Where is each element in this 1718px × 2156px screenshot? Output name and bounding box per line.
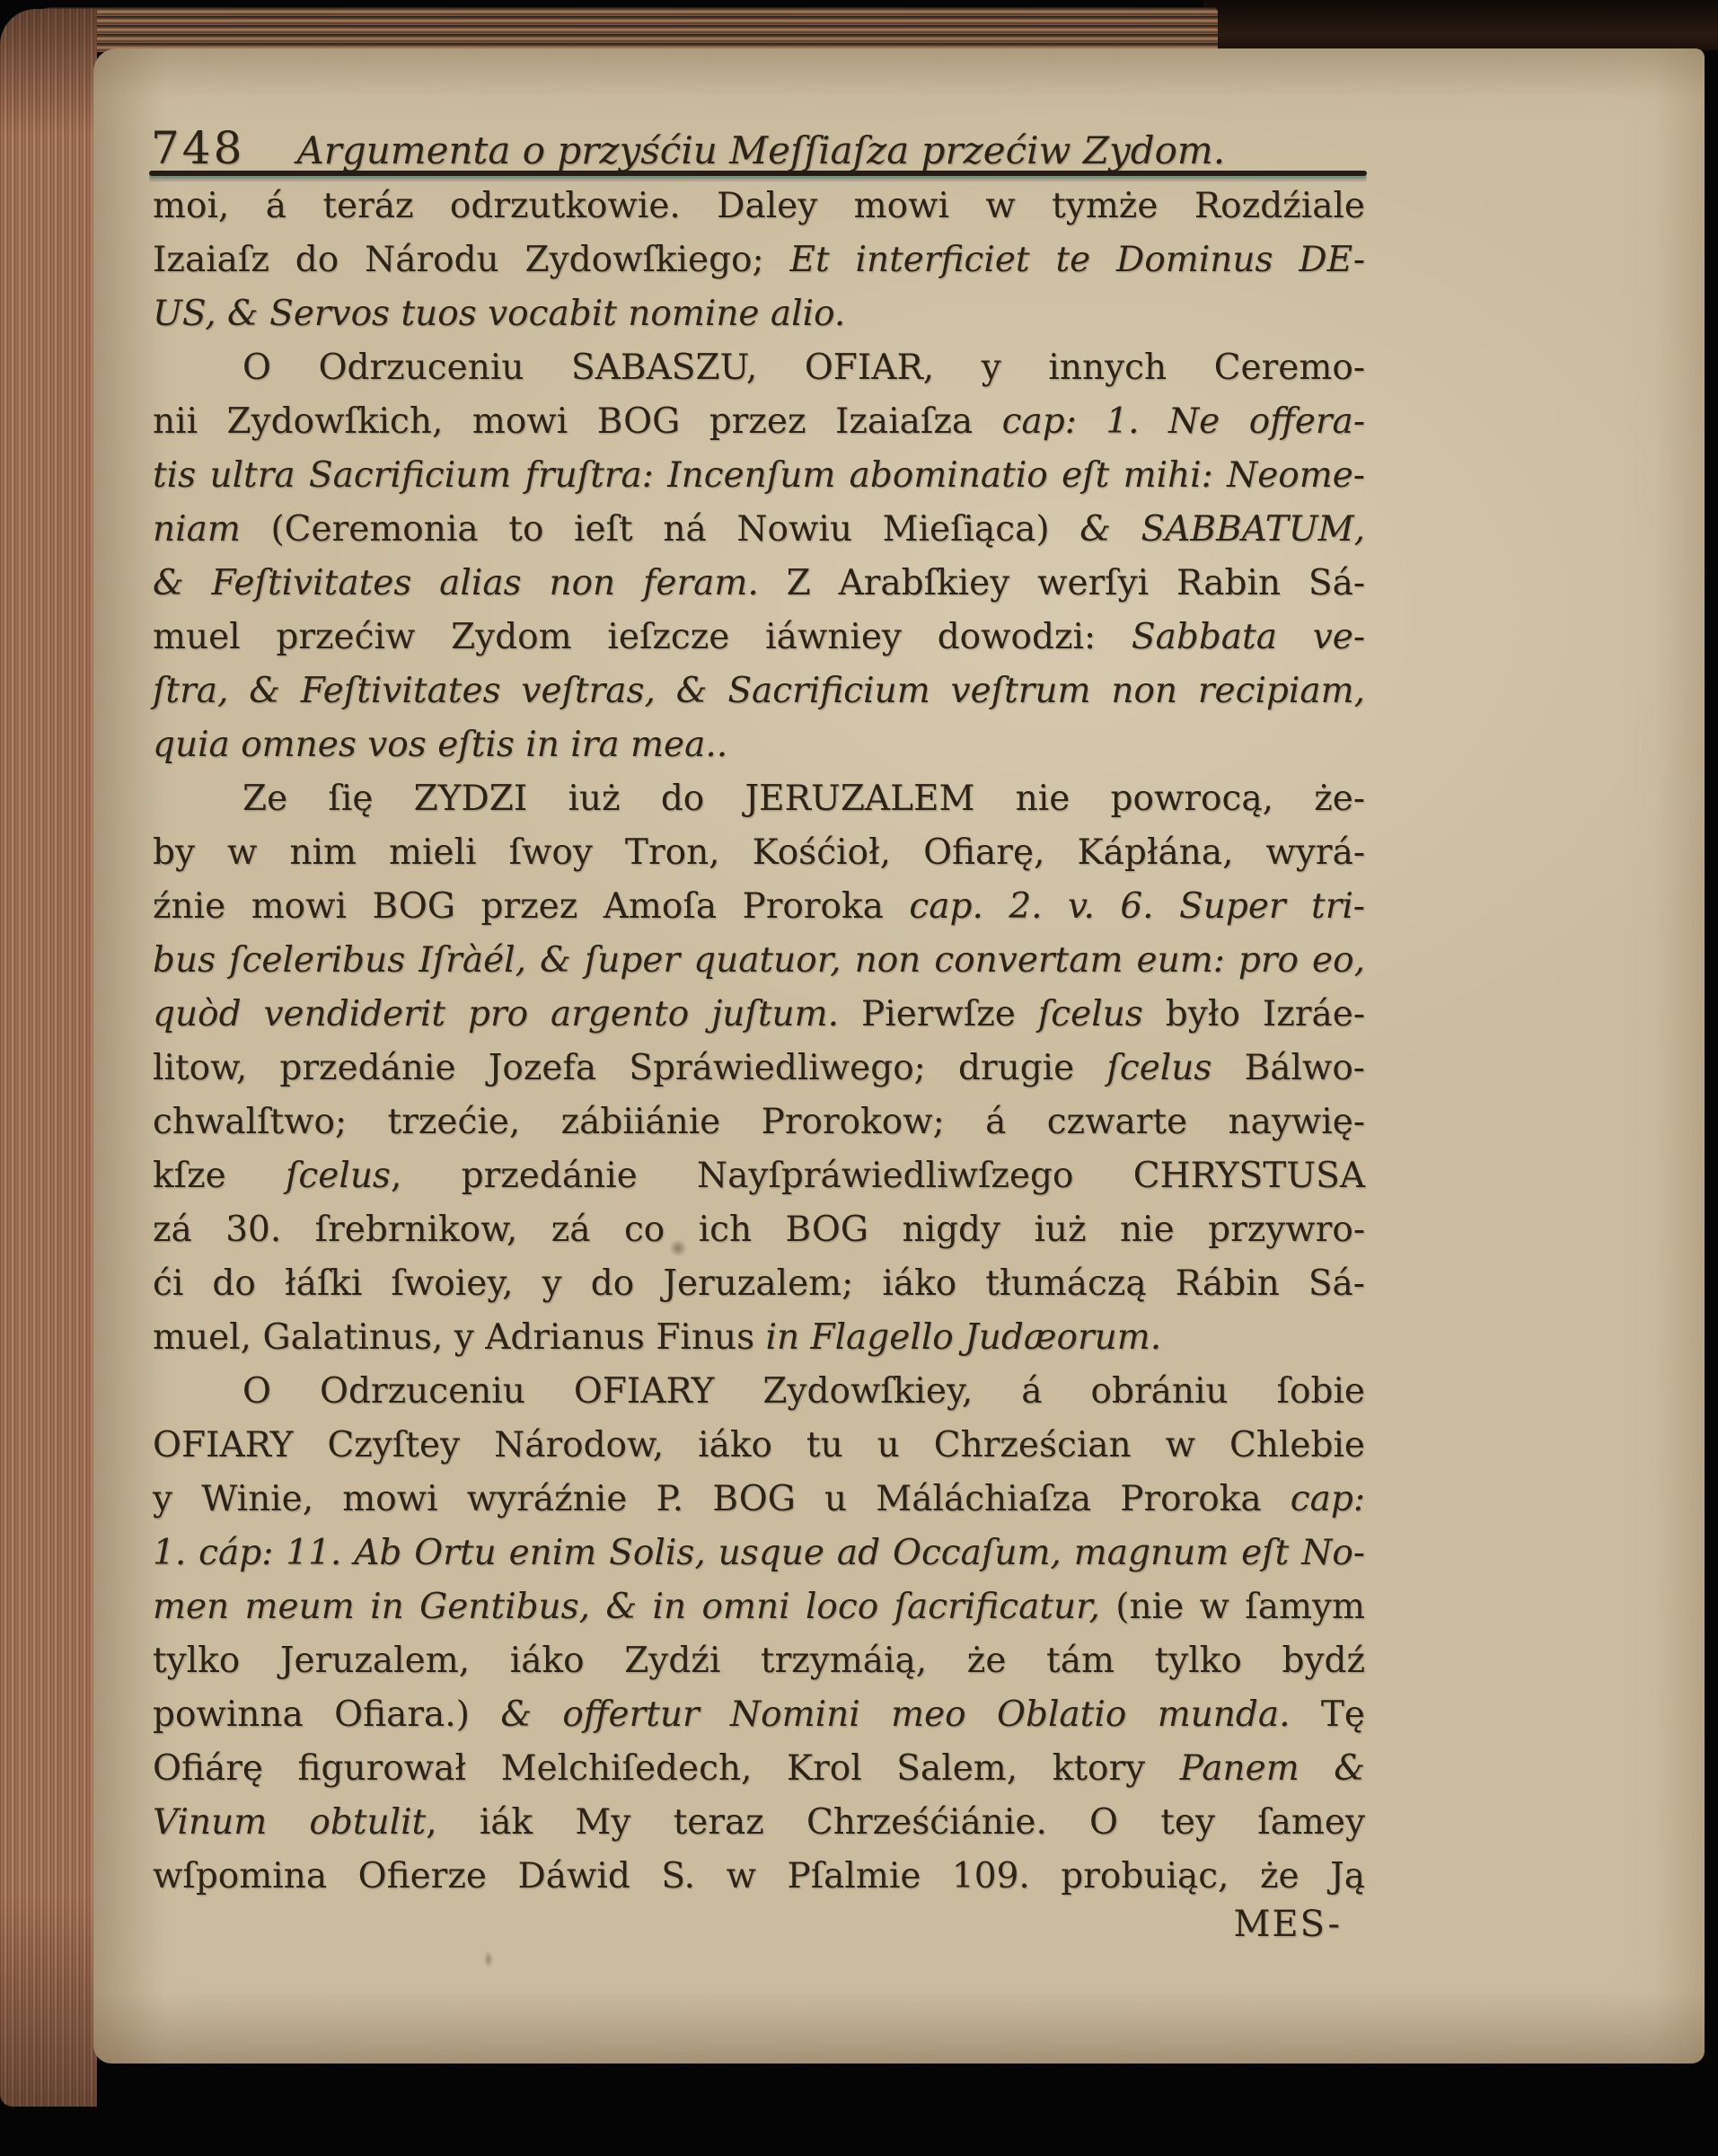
body-text: Pierwſze [861,994,1038,1034]
body-text: (Ceremonia to ieſt ná Nowiu Mieſiąca) [270,509,1079,550]
text-line: Ze ſię ZYDZI iuż do JERUZALEM nie powroc… [153,772,1365,826]
body-text: , iák My teraz Chrześćiánie. O tey ſamey [426,1802,1365,1843]
text-line: by w nim mieli ſwoy Tron, Kośćioł, Ofiar… [153,826,1365,880]
body-text: Bálwo- [1245,1048,1365,1088]
text-line: wſpomina Ofierze Dáwid S. w Pſalmie 109.… [153,1850,1365,1904]
body-text: kſze [153,1156,286,1196]
body-text: zá 30. ſrebrnikow, zá co ich BOG nigdy i… [153,1210,1365,1250]
page-header: 748Argumenta o przyśćiu Meſſiaſza przeći… [151,122,1365,174]
latin-italic-text: men meum in Gentibus, & in omni loco ſac… [153,1587,1115,1627]
latin-italic-text: bus ſceleribus Iſràél, & ſuper quatuor, … [153,940,1365,981]
text-line: O Odrzuceniu OFIARY Zydowſkiey, á obráni… [153,1365,1365,1419]
page-number: 748 [151,122,244,174]
body-text: źnie mowi BOG przez Amoſa Proroka [153,886,909,927]
body-text: , przedánie Nayſpráwiedliwſzego CHRYSTUS… [391,1156,1365,1196]
body-text: O Odrzuceniu SABASZU, OFIAR, y innych Ce… [242,348,1365,388]
body-text: Ze ſię ZYDZI iuż do JERUZALEM nie powroc… [242,779,1365,819]
latin-italic-text: Et interficiet te Dominus DE- [790,240,1365,280]
text-line: źnie mowi BOG przez Amoſa Proroka cap. 2… [153,880,1365,934]
text-line: tis ultra Sacrificium fruſtra: Incenſum … [153,449,1365,503]
body-text: było Izráe- [1166,994,1365,1034]
body-text: litow, przedánie Jozefa Spráwiedliwego; … [153,1048,1106,1088]
latin-italic-text: ſtra, & Feſtivitates veſtras, & Sacrific… [153,671,1365,711]
body-text: moi, á teráz odrzutkowie. Daley mowi w t… [153,186,1365,226]
body-text: wſpomina Ofierze Dáwid S. w Pſalmie 109.… [153,1856,1365,1896]
latin-italic-text: Vinum obtulit [153,1802,426,1843]
body-text: Izaiaſz do Národu Zydowſkiego; [153,240,790,280]
latin-italic-text: quòd vendiderit pro argento juſtum. [153,994,861,1034]
latin-italic-text: niam [153,509,270,550]
body-text: OFIARY Czyſtey Národow, iáko tu u Chrześ… [153,1425,1365,1465]
body-text: nii Zydowſkich, mowi BOG przez Izaiaſza [153,401,1002,442]
text-line: y Winie, mowi wyráźnie P. BOG u Máláchia… [153,1473,1365,1527]
header-rule [149,171,1367,176]
text-line: quòd vendiderit pro argento juſtum. Pier… [153,988,1365,1042]
body-text: by w nim mieli ſwoy Tron, Kośćioł, Ofiar… [153,832,1365,873]
text-line: OFIARY Czyſtey Národow, iáko tu u Chrześ… [153,1419,1365,1473]
latin-italic-text: cap: [1291,1479,1365,1519]
text-line: Ofiárę figurował Melchiſedech, Krol Sale… [153,1742,1365,1796]
text-line: muel przećiw Zydom ieſzcze iáwniey dowod… [153,611,1365,664]
latin-italic-text: ſcelus [1106,1048,1244,1088]
latin-italic-text: 1. cáp: 11. Ab Ortu enim Solis, usque ad… [153,1533,1365,1573]
text-line: powinna Ofiara.) & offertur Nomini meo O… [153,1688,1365,1742]
latin-italic-text: cap. 2. v. 6. Super tri- [909,886,1365,927]
text-line: Vinum obtulit, iák My teraz Chrześćiánie… [153,1796,1365,1850]
text-line: 1. cáp: 11. Ab Ortu enim Solis, usque ad… [153,1527,1365,1580]
text-line: kſze ſcelus, przedánie Nayſpráwiedliwſze… [153,1149,1365,1203]
book-page: 748Argumenta o przyśćiu Meſſiaſza przeći… [93,48,1705,2064]
text-line: quia omnes vos eſtis in ira mea.. [153,718,1365,772]
latin-italic-text: & Feſtivitates alias non feram. [153,563,787,603]
body-text: muel przećiw Zydom ieſzcze iáwniey dowod… [153,617,1132,657]
body-text: Ofiárę figurował Melchiſedech, Krol Sale… [153,1748,1180,1789]
page-fore-edge [0,9,97,2107]
text-line: ći do łáſki ſwoiey, y do Jeruzalem; iáko… [153,1257,1365,1311]
body-text: (nie w ſamym [1115,1587,1365,1627]
body-text: muel, Galatinus, y Adrianus Finus [153,1317,766,1358]
body-text: chwalſtwo; trzećie, zábiiánie Prorokow; … [153,1102,1365,1142]
text-line: men meum in Gentibus, & in omni loco ſac… [153,1580,1365,1634]
book-cover-edge [1203,0,1718,50]
text-line: tylko Jeruzalem, iáko Zydźi trzymáią, że… [153,1634,1365,1688]
latin-italic-text: & offertur Nomini meo Oblatio munda. [500,1694,1321,1735]
text-line: nii Zydowſkich, mowi BOG przez Izaiaſza … [153,395,1365,449]
latin-italic-text: ſcelus [1038,994,1166,1034]
latin-italic-text: Panem & [1180,1748,1365,1789]
text-line: & Feſtivitates alias non feram. Z Arabſk… [153,557,1365,611]
body-text: tylko Jeruzalem, iáko Zydźi trzymáią, że… [153,1641,1365,1681]
latin-italic-text: & SABBATUM, [1079,509,1365,550]
text-line: O Odrzuceniu SABASZU, OFIAR, y innych Ce… [153,341,1365,395]
text-line: litow, przedánie Jozefa Spráwiedliwego; … [153,1042,1365,1096]
page-stack-top-edge [14,7,1218,52]
body-text: ći do łáſki ſwoiey, y do Jeruzalem; iáko… [153,1263,1365,1304]
latin-italic-text: ſcelus [286,1156,391,1196]
body-text: Z Arabſkiey werſyi Rabin Sá- [787,563,1365,603]
text-line: US, & Servos tuos vocabit nomine alio. [153,287,1365,341]
latin-italic-text: US, & Servos tuos vocabit nomine alio. [153,294,845,334]
latin-italic-text: in Flagello Judæorum. [766,1317,1162,1358]
text-line: bus ſceleribus Iſràél, & ſuper quatuor, … [153,934,1365,988]
text-line: moi, á teráz odrzutkowie. Daley mowi w t… [153,180,1365,233]
text-block: moi, á teráz odrzutkowie. Daley mowi w t… [153,180,1365,1904]
body-text: y Winie, mowi wyráźnie P. BOG u Máláchia… [153,1479,1291,1519]
text-line: Izaiaſz do Národu Zydowſkiego; Et interf… [153,233,1365,287]
body-text: O Odrzuceniu OFIARY Zydowſkiey, á obráni… [242,1371,1365,1412]
book-scan: 748Argumenta o przyśćiu Meſſiaſza przeći… [0,0,1718,2156]
body-text: powinna Ofiara.) [153,1694,500,1735]
body-text: Tę [1321,1694,1365,1735]
catchword: MES- [153,1904,1342,1945]
latin-italic-text: quia omnes vos eſtis in ira mea.. [153,725,727,765]
running-header: Argumenta o przyśćiu Meſſiaſza przećiw Z… [296,128,1225,172]
text-line: ſtra, & Feſtivitates veſtras, & Sacrific… [153,664,1365,718]
text-line: zá 30. ſrebrnikow, zá co ich BOG nigdy i… [153,1203,1365,1257]
text-line: chwalſtwo; trzećie, zábiiánie Prorokow; … [153,1096,1365,1149]
latin-italic-text: Sabbata ve- [1132,617,1365,657]
text-line: niam (Ceremonia to ieſt ná Nowiu Mieſiąc… [153,503,1365,557]
text-line: muel, Galatinus, y Adrianus Finus in Fla… [153,1311,1365,1365]
latin-italic-text: cap: 1. Ne offera- [1002,401,1365,442]
latin-italic-text: tis ultra Sacrificium fruſtra: Incenſum … [153,455,1365,496]
